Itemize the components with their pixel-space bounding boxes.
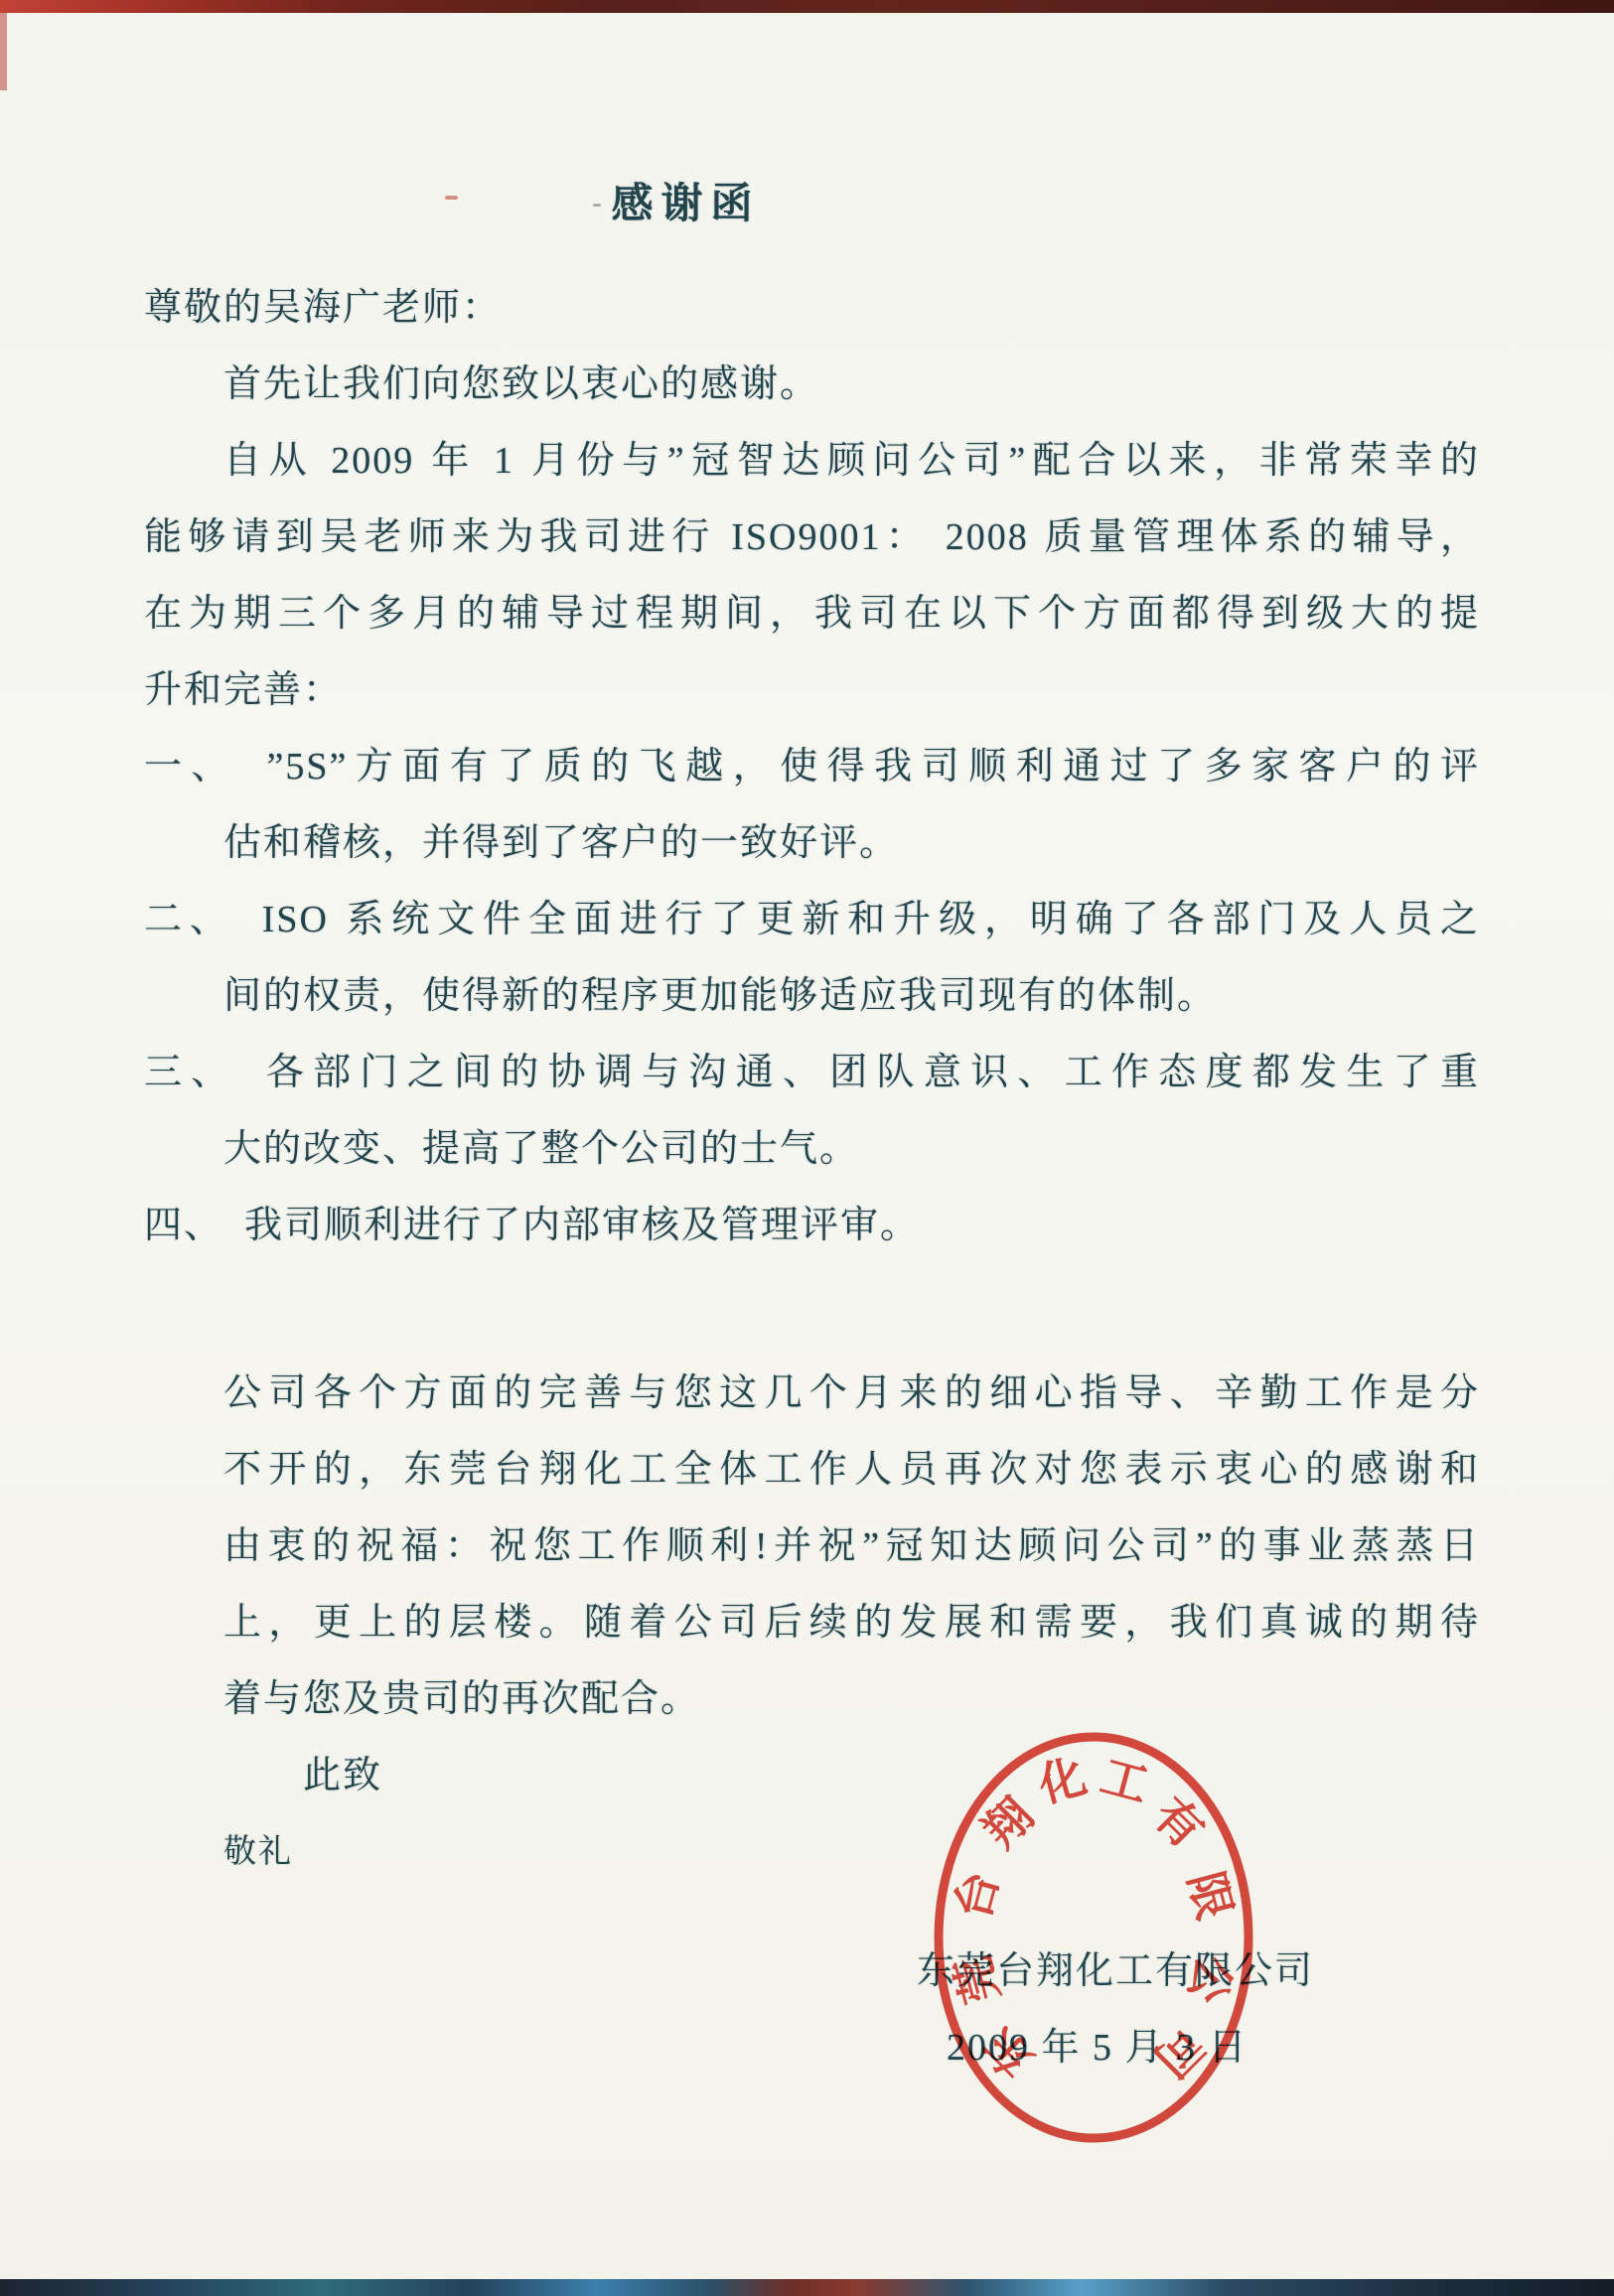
body-line: 首先让我们向您致以衷心的感谢。 xyxy=(144,347,1480,423)
list-item-2-cont: 间的权责，使得新的程序更加能够适应我司现有的体制。 xyxy=(144,958,1480,1035)
salutation-line: 尊敬的吴海广老师： xyxy=(144,270,1480,347)
scan-artifact-bottom-band xyxy=(0,2279,1614,2296)
stamp-char: 化 xyxy=(1032,1751,1092,1813)
closing-line: 不开的，东莞台翔化工全体工作人员再次对您表示衷心的感谢和 xyxy=(144,1432,1480,1508)
letter-body: 感谢函 尊敬的吴海广老师： 首先让我们向您致以衷心的感谢。 自从 2009 年 … xyxy=(144,0,1480,1891)
stamp-char: 台 xyxy=(948,1867,1009,1926)
body-line: 自从 2009 年 1 月份与”冠智达顾问公司”配合以来，非常荣幸的 xyxy=(144,423,1480,500)
stamp-char: 工 xyxy=(1096,1751,1154,1812)
letter-title: 感谢函 xyxy=(18,171,1354,230)
list-item-4: 四、 我司顺利进行了内部审核及管理评审。 xyxy=(144,1188,1480,1264)
stamp-char: 公 xyxy=(1178,1950,1240,2009)
stamp-char: 莞 xyxy=(948,1950,1009,2009)
paragraph-gap xyxy=(144,1264,1480,1356)
list-item-3: 三、 各部门之间的协调与沟通、团队意识、工作态度都发生了重 xyxy=(144,1035,1480,1111)
body-line: 升和完善： xyxy=(144,652,1480,729)
stamp-ring-text: 东莞台翔化工有限公司 xyxy=(948,1751,1241,2086)
closing-line: 上，更上的层楼。随着公司后续的发展和需要，我们真诚的期待 xyxy=(144,1585,1480,1661)
list-item-2: 二、 ISO 系统文件全面进行了更新和升级，明确了各部门及人员之 xyxy=(144,882,1480,958)
scan-artifact-smear xyxy=(0,13,7,90)
stamp-char: 限 xyxy=(1178,1867,1240,1926)
list-item-1-cont: 估和稽核，并得到了客户的一致好评。 xyxy=(144,805,1480,882)
company-stamp: 东莞台翔化工有限公司 xyxy=(927,1725,1260,2150)
scanned-letter-page: 感谢函 尊敬的吴海广老师： 首先让我们向您致以衷心的感谢。 自从 2009 年 … xyxy=(0,0,1614,2296)
body-line: 能够请到吴老师来为我司进行 ISO9001： 2008 质量管理体系的辅导， xyxy=(144,500,1480,576)
body-line: 在为期三个多月的辅导过程期间，我司在以下个方面都得到级大的提 xyxy=(144,576,1480,652)
stamp-ring-icon xyxy=(939,1737,1248,2138)
closing-line: 公司各个方面的完善与您这几个月来的细心指导、辛勤工作是分 xyxy=(144,1356,1480,1432)
regards: 敬礼 xyxy=(144,1814,1480,1891)
list-item-3-cont: 大的改变、提高了整个公司的士气。 xyxy=(144,1111,1480,1188)
closing-line: 由衷的祝福：祝您工作顺利!并祝”冠知达顾问公司”的事业蒸蒸日 xyxy=(144,1508,1480,1585)
salute-close: 此致 xyxy=(144,1738,1480,1814)
list-item-1: 一、 ”5S”方面有了质的飞越，使得我司顺利通过了多家客户的评 xyxy=(144,729,1480,805)
closing-line: 着与您及贵司的再次配合。 xyxy=(144,1661,1480,1738)
